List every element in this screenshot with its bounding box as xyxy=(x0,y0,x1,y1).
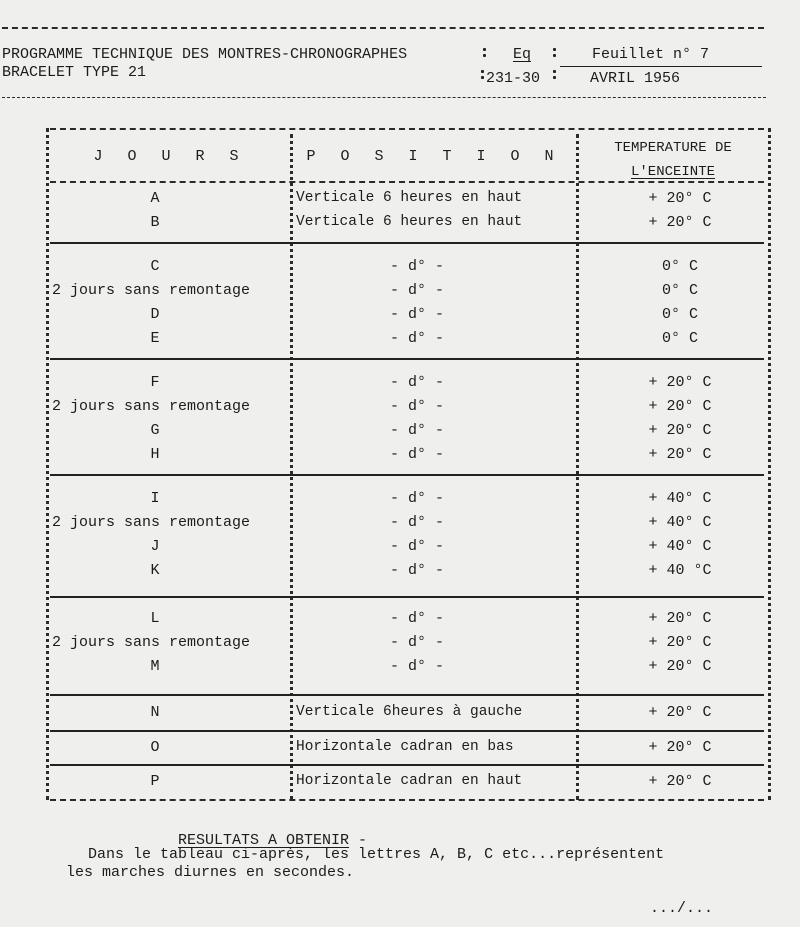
cell-jour: A xyxy=(50,190,260,207)
group-rule xyxy=(50,764,764,766)
cell-jour: M xyxy=(50,658,260,675)
sheet-number: Feuillet n° 7 xyxy=(592,46,709,63)
results-heading: RESULTATS A OBTENIR - xyxy=(160,815,367,849)
cell-jour: B xyxy=(50,214,260,231)
cell-temperature: + 40° C xyxy=(610,514,750,531)
table-right-border xyxy=(768,128,771,800)
cell-jour: D xyxy=(50,306,260,323)
cell-temperature: + 40 °C xyxy=(610,562,750,579)
table-bottom-rule xyxy=(50,799,764,801)
table-top-rule xyxy=(50,128,764,130)
results-paragraph-line1: Dans le tableau ci-après, les lettres A,… xyxy=(88,846,664,863)
column-header-jours: J O U R S xyxy=(50,148,290,165)
cell-position: - d° - xyxy=(294,562,540,579)
cell-position: - d° - xyxy=(294,634,540,651)
cell-temperature: + 20° C xyxy=(610,374,750,391)
continuation-mark: .../... xyxy=(650,900,713,917)
table-left-border xyxy=(46,128,49,800)
group-rule xyxy=(50,474,764,476)
column-header-position: P O S I T I O N xyxy=(294,148,574,165)
cell-jour: O xyxy=(50,739,260,756)
group-rule xyxy=(50,242,764,244)
ref-number: 231-30 xyxy=(486,70,540,87)
cell-jour: I xyxy=(50,490,260,507)
group-rule xyxy=(50,596,764,598)
cell-temperature: 0° C xyxy=(610,282,750,299)
cell-temperature: + 20° C xyxy=(610,658,750,675)
document-title: PROGRAMME TECHNIQUE DES MONTRES-CHRONOGR… xyxy=(2,46,407,63)
cell-position: - d° - xyxy=(294,490,540,507)
cell-position: Horizontale cadran en bas xyxy=(296,739,514,755)
cell-jour: H xyxy=(50,446,260,463)
cell-jour: G xyxy=(50,422,260,439)
cell-position: - d° - xyxy=(294,610,540,627)
column-header-enceinte: L'ENCEINTE xyxy=(580,164,766,180)
cell-temperature: + 20° C xyxy=(610,704,750,721)
cell-position: - d° - xyxy=(294,306,540,323)
cell-temperature: 0° C xyxy=(610,306,750,323)
cell-jour: 2 jours sans remontage xyxy=(52,634,250,651)
table-col-sep-1 xyxy=(290,134,293,800)
cell-temperature: + 20° C xyxy=(610,446,750,463)
cell-position: - d° - xyxy=(294,514,540,531)
cell-temperature: + 20° C xyxy=(610,422,750,439)
cell-jour: P xyxy=(50,773,260,790)
cell-jour: 2 jours sans remontage xyxy=(52,398,250,415)
cell-temperature: + 40° C xyxy=(610,490,750,507)
group-rule xyxy=(50,358,764,360)
cell-position: Verticale 6heures à gauche xyxy=(296,704,522,720)
group-rule xyxy=(50,694,764,696)
group-rule xyxy=(50,730,764,732)
cell-position: - d° - xyxy=(294,258,540,275)
cell-temperature: + 20° C xyxy=(610,773,750,790)
cell-temperature: + 20° C xyxy=(610,398,750,415)
cell-jour: 2 jours sans remontage xyxy=(52,282,250,299)
header-bottom-rule xyxy=(2,97,766,98)
cell-temperature: + 20° C xyxy=(610,214,750,231)
cell-position: - d° - xyxy=(294,330,540,347)
cell-position: - d° - xyxy=(294,446,540,463)
cell-jour: E xyxy=(50,330,260,347)
cell-jour: K xyxy=(50,562,260,579)
cell-jour: L xyxy=(50,610,260,627)
cell-position: - d° - xyxy=(294,538,540,555)
column-header-temperature: TEMPERATURE DE xyxy=(580,140,766,156)
cell-position: - d° - xyxy=(294,374,540,391)
sheet-underline xyxy=(560,66,762,67)
cell-position: - d° - xyxy=(294,658,540,675)
cell-jour: C xyxy=(50,258,260,275)
cell-temperature: + 20° C xyxy=(610,610,750,627)
document-subtitle: BRACELET TYPE 21 xyxy=(2,64,146,81)
cell-temperature: 0° C xyxy=(610,330,750,347)
cell-position: Verticale 6 heures en haut xyxy=(296,214,522,230)
cell-jour: N xyxy=(50,704,260,721)
table-col-sep-2 xyxy=(576,134,579,800)
cell-position: - d° - xyxy=(294,282,540,299)
cell-jour: J xyxy=(50,538,260,555)
cell-temperature: + 20° C xyxy=(610,190,750,207)
cell-jour: F xyxy=(50,374,260,391)
results-paragraph-line2: les marches diurnes en secondes. xyxy=(66,864,354,881)
cell-position: - d° - xyxy=(294,398,540,415)
cell-jour: 2 jours sans remontage xyxy=(52,514,250,531)
ref-label: Eq xyxy=(490,46,554,63)
cell-temperature: 0° C xyxy=(610,258,750,275)
table-header-rule xyxy=(50,181,764,183)
cell-temperature: + 20° C xyxy=(610,739,750,756)
document-date: AVRIL 1956 xyxy=(590,70,680,87)
cell-position: - d° - xyxy=(294,422,540,439)
cell-position: Verticale 6 heures en haut xyxy=(296,190,522,206)
cell-temperature: + 40° C xyxy=(610,538,750,555)
cell-temperature: + 20° C xyxy=(610,634,750,651)
cell-position: Horizontale cadran en haut xyxy=(296,773,522,789)
header-top-rule xyxy=(2,27,764,29)
